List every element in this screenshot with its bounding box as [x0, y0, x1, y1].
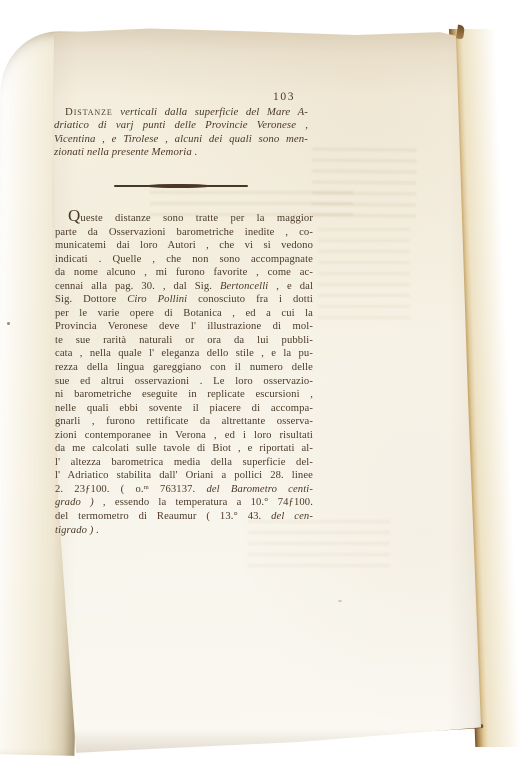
text-line: gnarli , furono rettificate da altrettan…	[55, 415, 313, 429]
text-line: rezza della lingua gareggiano con il num…	[55, 361, 313, 375]
text-line: nelle quali ebbi sovente il piacere di a…	[55, 402, 313, 416]
text-line: zioni contemporanee in Verona , ed i lor…	[55, 429, 313, 443]
text-line: Distanze verticali dalla superficie del …	[54, 106, 308, 119]
body-paragraph: Queste distanze sono tratte per la maggi…	[55, 212, 313, 537]
text-line: Queste distanze sono tratte per la maggi…	[55, 212, 313, 226]
text-line: driatico di varj punti delle Provincie V…	[54, 119, 308, 132]
text-line: ni barometriche eseguite in replicate es…	[55, 388, 313, 402]
text-line: da me calcolati sulle tavole di Biot , e…	[55, 442, 313, 456]
text-line: del termometro di Reaumur ( 13.° 43. del…	[55, 510, 313, 524]
text-line: da nome alcuno , mi furono favorite , co…	[55, 266, 313, 280]
text-line: te sue rarità naturali or ora da lui pub…	[55, 334, 313, 348]
book-photo: 103 Distanze verticali dalla superficie …	[0, 0, 525, 768]
text-line: sue ed altrui osservazioni . Le loro oss…	[55, 375, 313, 389]
text-line: 2. 23ƒ100. ( o.ᵐ 763137. del Barometro c…	[55, 483, 313, 497]
text-line: l' Adriatico stabilita dall' Oriani a po…	[55, 469, 313, 483]
text-line: grado ) , essendo la temperatura a 10.° …	[55, 496, 313, 510]
text-line: cata , nella quale l' eleganza dello sti…	[55, 347, 313, 361]
text-line: Vicentina , e Tirolese , alcuni dei qual…	[54, 133, 308, 146]
text-line: per le varie opere di Botanica , ed a cu…	[55, 307, 313, 321]
text-line: zionati nella presente Memoria .	[54, 146, 308, 159]
text-line: municatemi dai loro Autori , che vi si v…	[55, 239, 313, 253]
paper-speck	[7, 322, 10, 325]
divider-bulge	[145, 184, 211, 189]
page-number: 103	[273, 91, 295, 103]
text-line: parte da Osservazioni barometriche inedi…	[55, 226, 313, 240]
text-line: cennai alla pag. 30. , dal Sig. Bertonce…	[55, 280, 313, 294]
section-heading: Distanze verticali dalla superficie del …	[54, 106, 308, 159]
text-line: Sig. Dottore Ciro Pollini conosciuto fra…	[55, 293, 313, 307]
text-line: l' altezza barometrica media della super…	[55, 456, 313, 470]
text-line: tigrado ) .	[55, 524, 313, 538]
swelled-rule-divider	[114, 182, 248, 190]
paper-speck	[338, 600, 342, 602]
text-line: Provincia Veronese deve l' illustrazione…	[55, 320, 313, 334]
text-line: indicati . Quelle , che non sono accompa…	[55, 253, 313, 267]
